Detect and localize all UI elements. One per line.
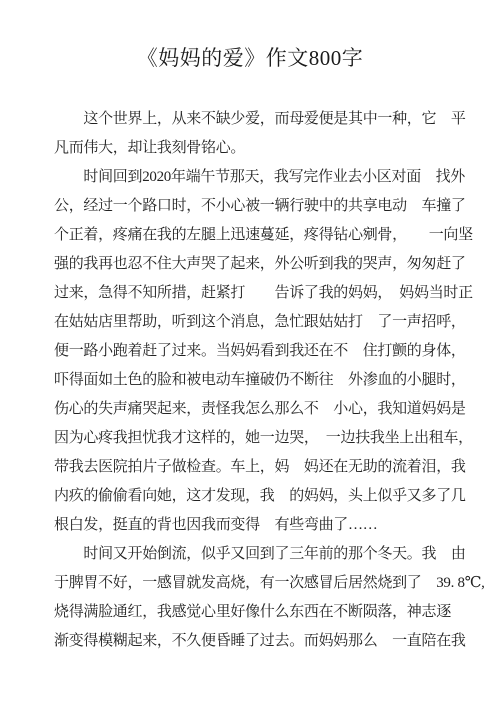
text-line: 强的我再也忍不住大声哭了起来，外公听到我的哭声，匆匆赶了	[54, 250, 494, 279]
text-line: 渐变得模糊起来，不久便昏睡了过去。而妈妈那么 一直陪在我	[54, 627, 494, 656]
text-line: 个正着，疼痛在我的左腿上迅速蔓延，疼得钻心剜骨， 一向坚	[54, 221, 494, 250]
text-line: 在姑姑店里帮助，听到这个消息，急忙跟姑姑打 了一声招呼，	[54, 308, 494, 337]
text-line: 因为心疼我担忧我才这样的，她一边哭， 一边扶我坐上出租车，	[54, 424, 494, 453]
text-line: 根白发，挺直的背也因我而变得 有些弯曲了……	[54, 511, 494, 540]
text-line: 这个世界上，从来不缺少爱，而母爱便是其中一种，它 平	[54, 105, 494, 134]
document-page: 《妈妈的爱》作文800字 这个世界上，从来不缺少爱，而母爱便是其中一种，它 平凡…	[0, 0, 500, 706]
text-line: 内疚的偷偷看向她，这才发现，我 的妈妈，头上似乎又多了几	[54, 482, 494, 511]
text-line: 吓得面如土色的脸和被电动车撞破仍不断往 外渗血的小腿时，	[54, 366, 494, 395]
text-line: 时间又开始倒流，似乎又回到了三年前的那个冬天。我 由	[54, 540, 494, 569]
text-line: 便一路小跑着赶了过来。当妈妈看到我还在不 住打颤的身体，	[54, 337, 494, 366]
text-line: 带我去医院拍片子做检查。车上，妈 妈还在无助的流着泪，我	[54, 453, 494, 482]
text-line: 伤心的失声痛哭起来，责怪我怎么那么不 小心，我知道妈妈是	[54, 395, 494, 424]
document-body: 这个世界上，从来不缺少爱，而母爱便是其中一种，它 平凡而伟大，却让我刻骨铭心。 …	[0, 105, 500, 656]
text-line: 烧得满脸通红，我感觉心里好像什么东西在不断陨落，神志逐	[54, 598, 494, 627]
text-line: 过来，急得不知所措，赶紧打 告诉了我的妈妈， 妈妈当时正	[54, 279, 494, 308]
document-title: 《妈妈的爱》作文800字	[0, 42, 500, 72]
text-line: 于脾胃不好，一感冒就发高烧，有一次感冒后居然烧到了 39. 8℃,	[54, 569, 494, 598]
text-line: 时间回到2020年端午节那天，我写完作业去小区对面 找外	[54, 163, 494, 192]
text-line: 公，经过一个路口时，不小心被一辆行驶中的共享电动 车撞了	[54, 192, 494, 221]
text-line: 凡而伟大，却让我刻骨铭心。	[54, 134, 494, 163]
